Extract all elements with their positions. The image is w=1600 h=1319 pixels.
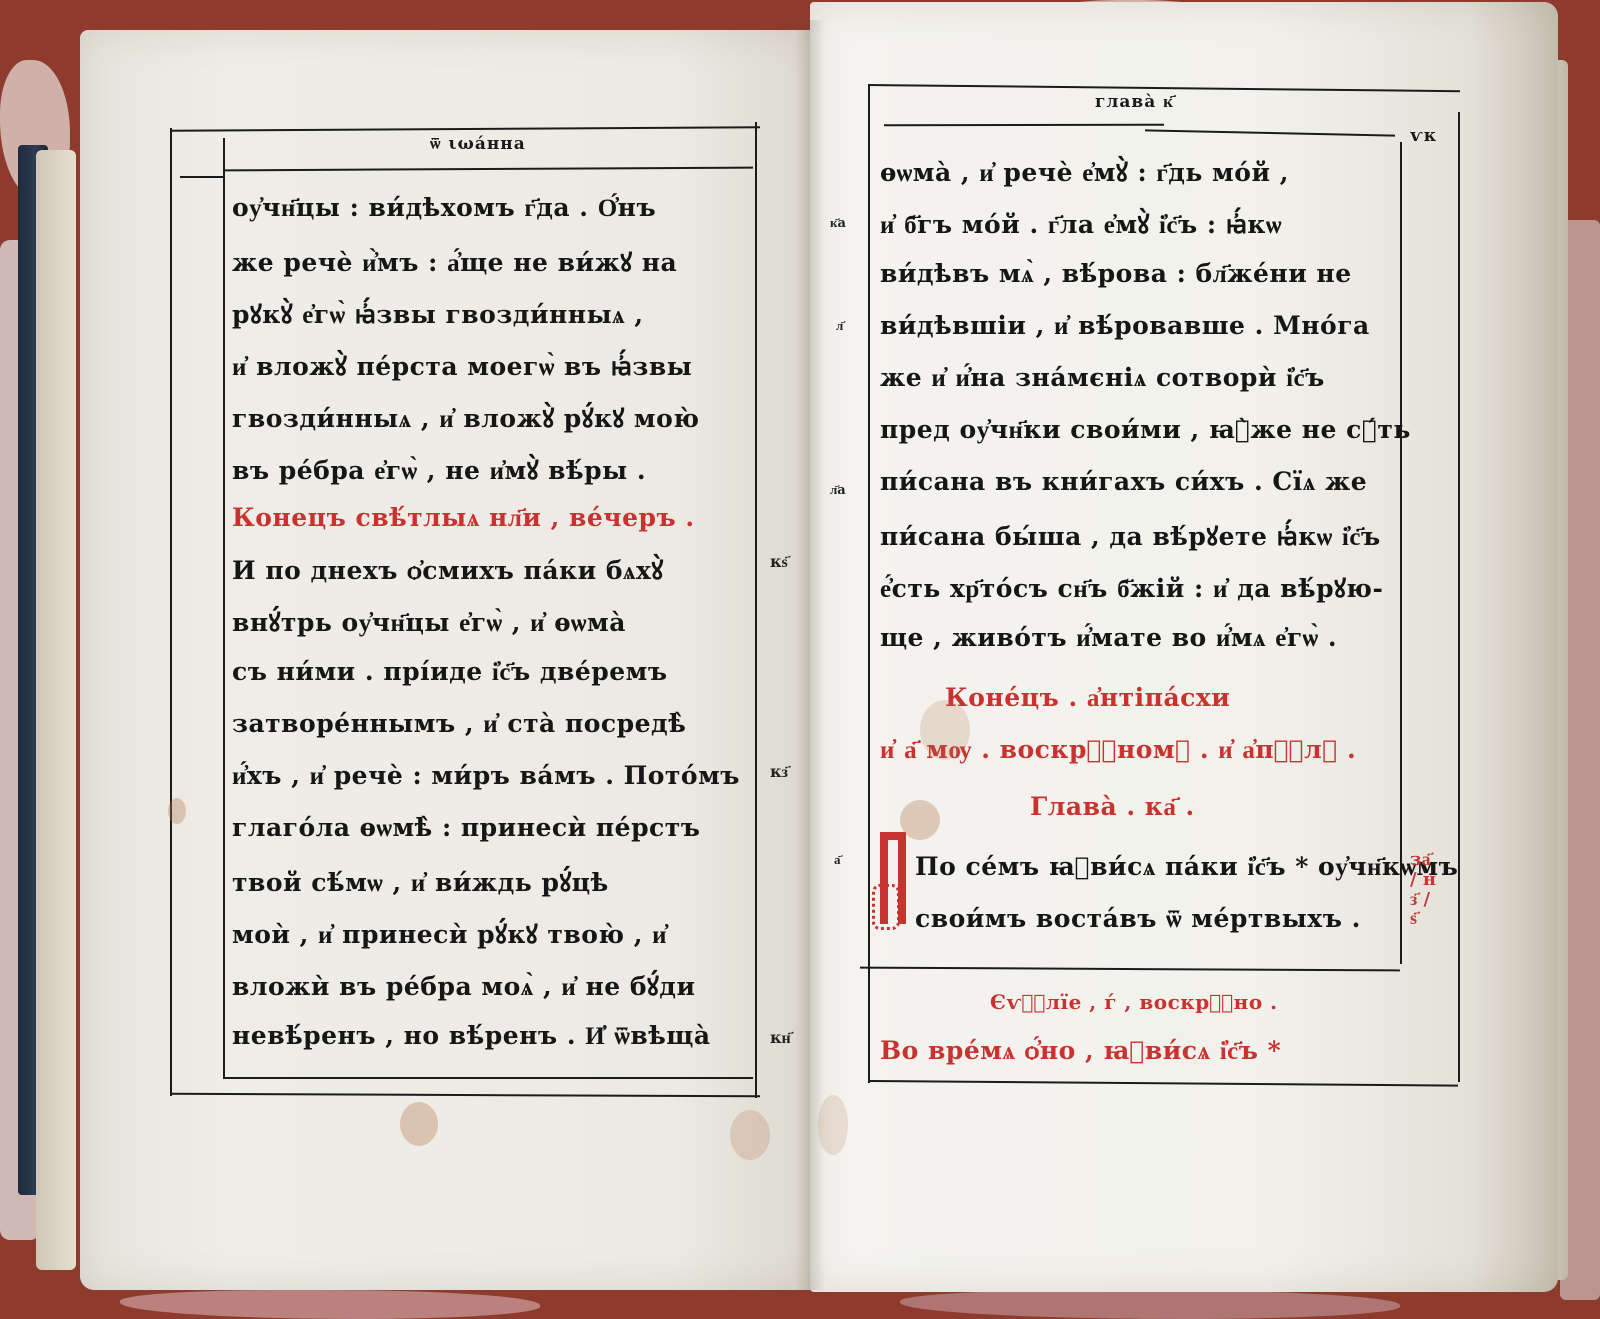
paper-stain [400, 1102, 438, 1146]
text-line: ви́дѣвъ мѧ̀ , вѣ́рова : бл҃же́ни не [880, 259, 1352, 289]
running-head-left: ѿ ιωа́нна [430, 134, 526, 154]
text-line: и҆ вложꙋ̀ пе́рста моегѡ̀ въ ꙗ҆́звы [232, 349, 692, 383]
text-line: глаго́ла ѳѡмѣ̀ : принесѝ пе́рстъ [232, 813, 700, 843]
wall-patch [120, 1290, 540, 1319]
paper-stain [818, 1095, 848, 1155]
text-line: свои́мъ востáвъ ѿ ме́ртвыхъ . [915, 904, 1361, 934]
text-line: внꙋ́трь оу҆чн҃цы е҆гѡ̀ , и҆ ѳѡма̀ [232, 605, 626, 639]
paper-stain [920, 700, 970, 760]
text-line: И по днехъ ѻ҆смихъ па́ки бѧхꙋ̀ [232, 553, 664, 587]
text-line: оу҆чн҃цы : ви́дѣхомъ г҃да . О҆́нъ [232, 193, 656, 223]
text-line: же речѐ и҆̀мъ : а҆́ще не ви́жꙋ на [232, 245, 677, 279]
text-line: рꙋкꙋ̀ е҆гѡ̀ ꙗ҆́звы гвозди́нныѧ , [232, 297, 644, 331]
margin-verse-number: а҃ [834, 852, 841, 868]
text-line: моѝ , и҆ принесѝ рꙋ́кꙋ твою̀ , и҆ [232, 917, 667, 951]
text-line: ѳѡма̀ , и҆ речѐ е҆мꙋ̀ : г҃дь мо́й , [880, 155, 1289, 189]
drop-cap-flourish [872, 884, 900, 930]
lesson-heading: Єѵⷢ҇лїе , ѓ , воскрⷭ҇но . [990, 990, 1278, 1014]
margin-verse-number: л҃ [836, 318, 843, 334]
right-outer-frame-right [1458, 112, 1460, 1082]
text-line: въ ре́бра е҆гѡ̀ , не и҆мꙋ̀ вѣ́ры . [232, 453, 646, 487]
margin-verse-number: л҃а [830, 482, 846, 498]
text-line: ще , живо́тъ и҆́мате во и҆́мѧ е҆гѡ̀ . [880, 623, 1337, 653]
text-line: твой сѣ́мѡ , и҆ ви́ждь рꙋ́цѣ [232, 865, 609, 899]
text-line: пи́сана бы́ша , да вѣ́рꙋете ꙗ҆́кѡ і҆с҃ъ [880, 519, 1381, 553]
left-inner-frame-left [223, 138, 225, 1078]
rubric-line: Коне́цъ . а҆нтіпа́сxи [945, 683, 1230, 713]
right-outer-frame-left [868, 85, 870, 1083]
text-line: и҆́хъ , и҆ речѐ : ми́ръ ва́мъ . Пото́мъ [232, 761, 740, 791]
text-line: гвозди́нныѧ , и҆ вложꙋ̀ рꙋ́кꙋ мою̀ [232, 401, 699, 435]
text-line: съ ни́ми . прі́иде і҆с҃ъ две́ремъ [232, 657, 668, 687]
rubric-line: Во вре́мѧ ѻ҆́но , ꙗ҆ви́сѧ і҆с҃ъ * [880, 1036, 1281, 1066]
margin-verse-number: кз҃ [770, 762, 788, 782]
wall-patch [900, 1290, 1400, 1319]
text-line: затворе́ннымъ , и҆ ста̀ посредѣ̀ [232, 709, 686, 739]
left-outer-frame-right [755, 122, 757, 1098]
paper-stain [168, 798, 186, 824]
text-line: пи́сана въ кни́гахъ си́хъ . Сїѧ же [880, 467, 1367, 497]
margin-lesson-number: за҃ / нз҃ / ѕ҃ [1410, 850, 1440, 929]
text-line: ви́дѣвшіи , и҆ вѣ́ровавше . Мно́га [880, 311, 1370, 341]
text-line: пред оу҆чн҃ки свои́ми , ꙗ҆̀же не сꙋ́ть [880, 415, 1411, 445]
text-line: вложѝ въ ре́бра моѧ̀ , и҆ не бꙋ́ди [232, 969, 695, 1003]
chapter-heading: Глава̀ . ка҃ . [1030, 792, 1195, 822]
rubric-line: Конецъ свѣ́тлыѧ нл҃и , ве́черъ . [232, 503, 695, 533]
right-inner-frame-right [1400, 142, 1402, 964]
text-line: По се́мъ ꙗ҆ви́сѧ па́ки і҆с҃ъ * оу҆чн҃кѡм… [915, 852, 1458, 882]
running-head-right: глава̀ к҃ [1095, 92, 1174, 112]
page-stack-left [36, 150, 76, 1270]
gutter-shadow [795, 20, 825, 1290]
paper-stain [730, 1110, 770, 1160]
text-line: и҆ б҃гъ мо́й . г҃ла е҆мꙋ̀ і҆с҃ъ : ꙗ҆́кѡ [880, 207, 1282, 241]
margin-verse-number: к҃а [830, 215, 846, 231]
text-line: же и҆ и҆́на зна́мєніѧ сотворѝ і҆с҃ъ [880, 363, 1325, 393]
margin-verse-number: кн҃ [770, 1028, 791, 1048]
left-inner-frame-bottom [223, 1077, 753, 1079]
paper-stain [900, 800, 940, 840]
left-margin-rule [180, 176, 223, 178]
folio-number: ѵк [1410, 126, 1437, 146]
text-line: невѣ́ренъ , но вѣ́ренъ . И҆ ѿвѣща̀ [232, 1021, 711, 1051]
margin-verse-number: кѕ҃ [770, 552, 788, 572]
left-outer-frame-left [170, 128, 172, 1096]
text-line: е҆́сть хр҃то́съ сн҃ъ б҃жій : и҆ да вѣ́рꙋ… [880, 571, 1383, 605]
